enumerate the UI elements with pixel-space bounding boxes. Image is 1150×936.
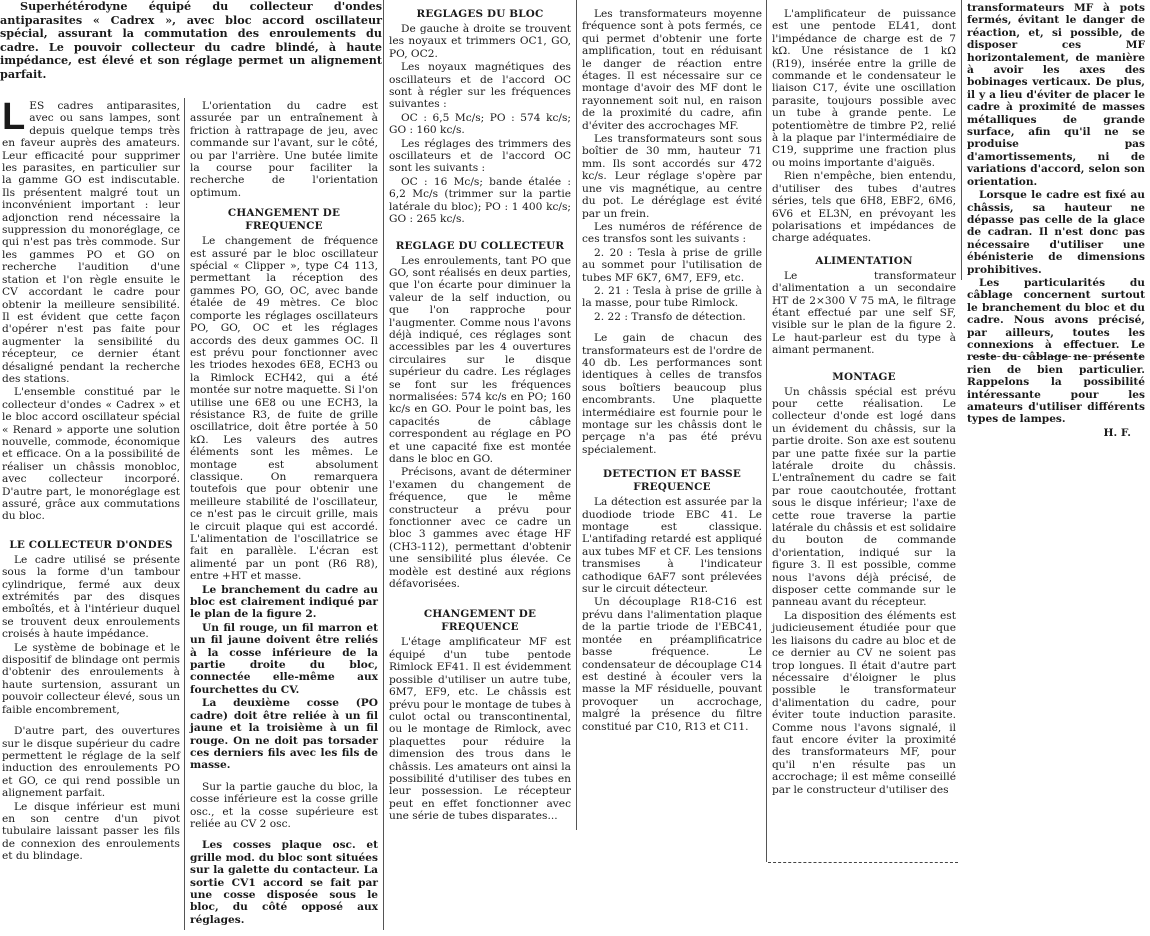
intro-paragraph: LES cadres antiparasites, avec ou sans l… [2, 100, 180, 385]
author-signature: H. F. [967, 427, 1145, 439]
paragraph: OC : 16 Mc/s; bande étalée : 6,2 Mc/s (t… [389, 176, 571, 226]
paragraph: Les transformateurs moyenne fréquence so… [582, 8, 762, 132]
section-heading-alimentation: ALIMENTATION [772, 255, 956, 268]
paragraph: Rien n'empêche, bien entendu, d'utiliser… [772, 170, 956, 244]
section-heading-reglages-bloc: REGLAGES DU BLOC [389, 8, 571, 21]
paragraph: Les transformateurs sont sous boîtier de… [582, 133, 762, 220]
paragraph: Le système de bobinage et le dispositif … [2, 642, 180, 716]
drop-cap: L [2, 102, 25, 132]
paragraph: Lorsque le cadre est fixé au châssis, sa… [967, 189, 1145, 276]
paragraph: Les cosses plaque osc. et grille mod. du… [190, 839, 378, 926]
paragraph: Le branchement du cadre au bloc est clai… [190, 584, 378, 621]
paragraph: De gauche à droite se trouvent les noyau… [389, 23, 571, 60]
paragraph: La deuxième cosse (PO cadre) doit être r… [190, 697, 378, 771]
paragraph: Les particularités du câblage concernent… [967, 277, 1145, 426]
paragraph: La disposition des éléments est judicieu… [772, 610, 956, 796]
paragraph: Les numéros de référence de ces transfos… [582, 221, 762, 246]
paragraph: Le gain de chacun des transformateurs es… [582, 332, 762, 456]
paragraph: D'autre part, des ouvertures sur le disq… [2, 725, 180, 799]
column-rule [961, 0, 962, 280]
section-heading-montage: MONTAGE [772, 371, 956, 384]
paragraph: 2. 21 : Tesla à prise de grille à la mas… [582, 285, 762, 310]
section-heading-collecteur: LE COLLECTEUR D'ONDES [2, 539, 180, 552]
paragraph: Le cadre utilisé se présente sous la for… [2, 554, 180, 641]
paragraph: Sur la partie gauche du bloc, la cosse i… [190, 781, 378, 831]
paragraph: Le transformateur d'alimentation a un se… [772, 270, 956, 357]
paragraph: Le changement de fréquence est assuré pa… [190, 235, 378, 582]
column-3: REGLAGES DU BLOC De gauche à droite se t… [389, 2, 571, 824]
column-6: transformateurs MF à pots fermés, évitan… [967, 2, 1145, 440]
column-1: LES cadres antiparasites, avec ou sans l… [2, 100, 180, 864]
paragraph: Le disque inférieur est muni en son cent… [2, 801, 180, 863]
paragraph: Un châssis spécial est prévu pour cette … [772, 386, 956, 609]
column-2: L'orientation du cadre est assurée par u… [190, 100, 378, 927]
paragraph: transformateurs MF à pots fermés, évitan… [967, 2, 1145, 188]
paragraph: L'amplificateur de puissance est une pen… [772, 8, 956, 169]
paragraph: L'étage amplificateur MF est équipé d'un… [389, 636, 571, 822]
column-rule [184, 98, 185, 930]
article-lead: Superhétérodyne équipé du collecteur d'o… [0, 0, 382, 82]
paragraph: Les réglages des trimmers des oscillateu… [389, 138, 571, 175]
column-rule [383, 0, 384, 930]
column-4: Les transformateurs moyenne fréquence so… [582, 8, 762, 734]
column-rule [766, 0, 767, 862]
section-heading-detection: DETECTION ET BASSE FREQUENCE [582, 468, 762, 494]
paragraph: L'orientation du cadre est assurée par u… [190, 100, 378, 199]
paragraph: OC : 6,5 Mc/s; PO : 574 kc/s; GO : 160 k… [389, 112, 571, 137]
section-divider [768, 862, 958, 863]
paragraph: L'ensemble constitué par le collecteur d… [2, 386, 180, 522]
paragraph: Un fil rouge, un fil marron et un fil ja… [190, 622, 378, 696]
column-rule [576, 0, 577, 830]
lead-text: Superhétérodyne équipé du collecteur d'o… [0, 0, 382, 82]
paragraph: Les noyaux magnétiques des oscillateurs … [389, 61, 571, 111]
paragraph: La détection est assurée par la duodiode… [582, 496, 762, 595]
column-5: L'amplificateur de puissance est une pen… [772, 8, 956, 797]
paragraph: Un découplage R18-C16 est prévu dans l'a… [582, 596, 762, 732]
paragraph: 2. 20 : Tesla à prise de grille au somme… [582, 247, 762, 284]
paragraph: Les enroulements, tant PO que GO, sont r… [389, 255, 571, 466]
paragraph: Précisons, avant de déterminer l'examen … [389, 466, 571, 590]
section-heading-reglage-collecteur: REGLAGE DU COLLECTEUR [389, 240, 571, 253]
section-heading-changement-frequence: CHANGEMENT DE FREQUENCE [190, 207, 378, 233]
section-heading-changement-frequence-2: CHANGEMENT DE FREQUENCE [389, 608, 571, 634]
paragraph: 2. 22 : Transfo de détection. [582, 311, 762, 323]
